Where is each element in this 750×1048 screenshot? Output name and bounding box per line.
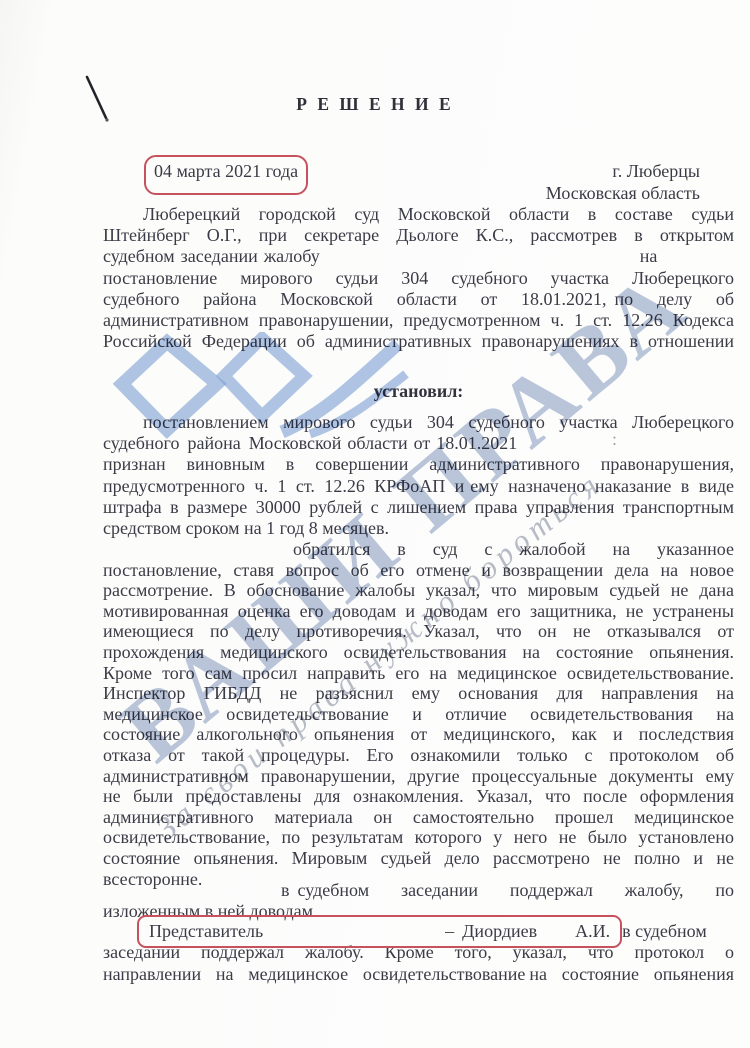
text-line: имеющиеся по делу противоречия. Указал, … [103, 621, 734, 642]
text-line: Кроме того сам просил направить его на м… [103, 663, 734, 684]
text-line: Штейнберг О.Г., при секретаре Дьологе К.… [103, 225, 734, 246]
scanned-court-decision-page: ВАШИ ПРАВА За свои права нужно бороться … [0, 0, 750, 1048]
text-line: состояние алкогольного опьянения от меди… [103, 724, 734, 745]
redacted-gap [258, 261, 264, 262]
redacted-gap [175, 261, 181, 262]
redacted-gap [525, 979, 529, 980]
court-location: г. Люберцы Московская область [546, 161, 700, 204]
paragraph-court-intro: Люберецкий городской суд Московской обла… [103, 204, 734, 352]
text-line: административном правонарушении, другие … [103, 766, 734, 787]
redacted-gap [320, 261, 640, 262]
ustanovil-heading: установил: [103, 381, 734, 402]
redacted-gap [408, 448, 414, 449]
text-line: административном правонарушении, предусм… [103, 310, 734, 331]
document-title: Р Е Ш Е Н И Е [0, 94, 750, 115]
text-line: признан виновным в совершении администра… [103, 454, 734, 475]
redacted-gap [607, 304, 615, 305]
text-line: рассмотрение. В обоснование жалобы указа… [103, 580, 734, 601]
city-line: г. Люберцы [546, 161, 700, 183]
redacted-gap [341, 448, 347, 449]
text-line: направлении на медицинское освидетельств… [103, 964, 734, 985]
text-line: Инспектор ГИБДД не разъяснил ему основан… [103, 683, 734, 704]
text-line: не были предоставлены для ознакомления. … [103, 786, 734, 807]
text-line: медицинское освидетельствование и отличи… [103, 704, 734, 725]
redacted-gap [241, 448, 249, 449]
text-line: постановление, ставя вопрос об его отмен… [103, 560, 734, 581]
paragraph-appeal-arguments: обратился в суд с жалобой на указанноепо… [103, 539, 734, 889]
text-line: всудебном заседании поддержал жалобу, по [103, 880, 734, 901]
redacted-gap [430, 448, 436, 449]
text-line: постановлением мирового судьи 304 судебн… [103, 412, 734, 433]
redacted-gap [180, 448, 188, 449]
red-highlight-box-date[interactable] [144, 155, 308, 195]
text-line: средством сроком на 1 год 8 месяцев. [103, 518, 734, 539]
paragraph-ustanovil-facts: постановлением мирового судьи 304 судебн… [103, 412, 734, 539]
text-line: административного материала он самостоят… [103, 807, 734, 828]
red-highlight-box-representative[interactable] [137, 915, 622, 948]
text-line: судебномзаседаниижалобуна [103, 246, 734, 267]
text-line: обратился в суд с жалобой на указанное [103, 539, 734, 560]
redacted-gap [103, 554, 293, 555]
text-line: отказа от такой процедуры. Его ознакомил… [103, 745, 734, 766]
text-line: Российской Федерации об административных… [103, 331, 734, 352]
region-line: Московская область [546, 183, 700, 205]
text-line: штрафа в размере 30000 рублей с лишением… [103, 497, 734, 518]
text-line: состояние опьянения. Мировым судьей дело… [103, 848, 734, 869]
redacted-gap [290, 895, 298, 896]
redacted-gap [103, 895, 281, 896]
text-line: судебного района Московской области от 1… [103, 289, 734, 310]
text-line: мотивированная оценка его доводам и дово… [103, 601, 734, 622]
text-line: прохождения медицинского освидетельствов… [103, 642, 734, 663]
text-line: судебногорайонаМосковскойобластиот18.01.… [103, 433, 734, 454]
text-line: предусмотренного ч. 1 ст. 12.26 КРФоАП и… [103, 476, 734, 497]
text-line: Люберецкий городской суд Московской обла… [103, 204, 734, 225]
redacted-gap [103, 427, 143, 428]
text-line: освидетельствование, по результатам кото… [103, 827, 734, 848]
text-line: постановление мирового судьи 304 судебно… [103, 268, 734, 289]
redacted-gap [103, 219, 143, 220]
redacted-gap [464, 491, 470, 492]
